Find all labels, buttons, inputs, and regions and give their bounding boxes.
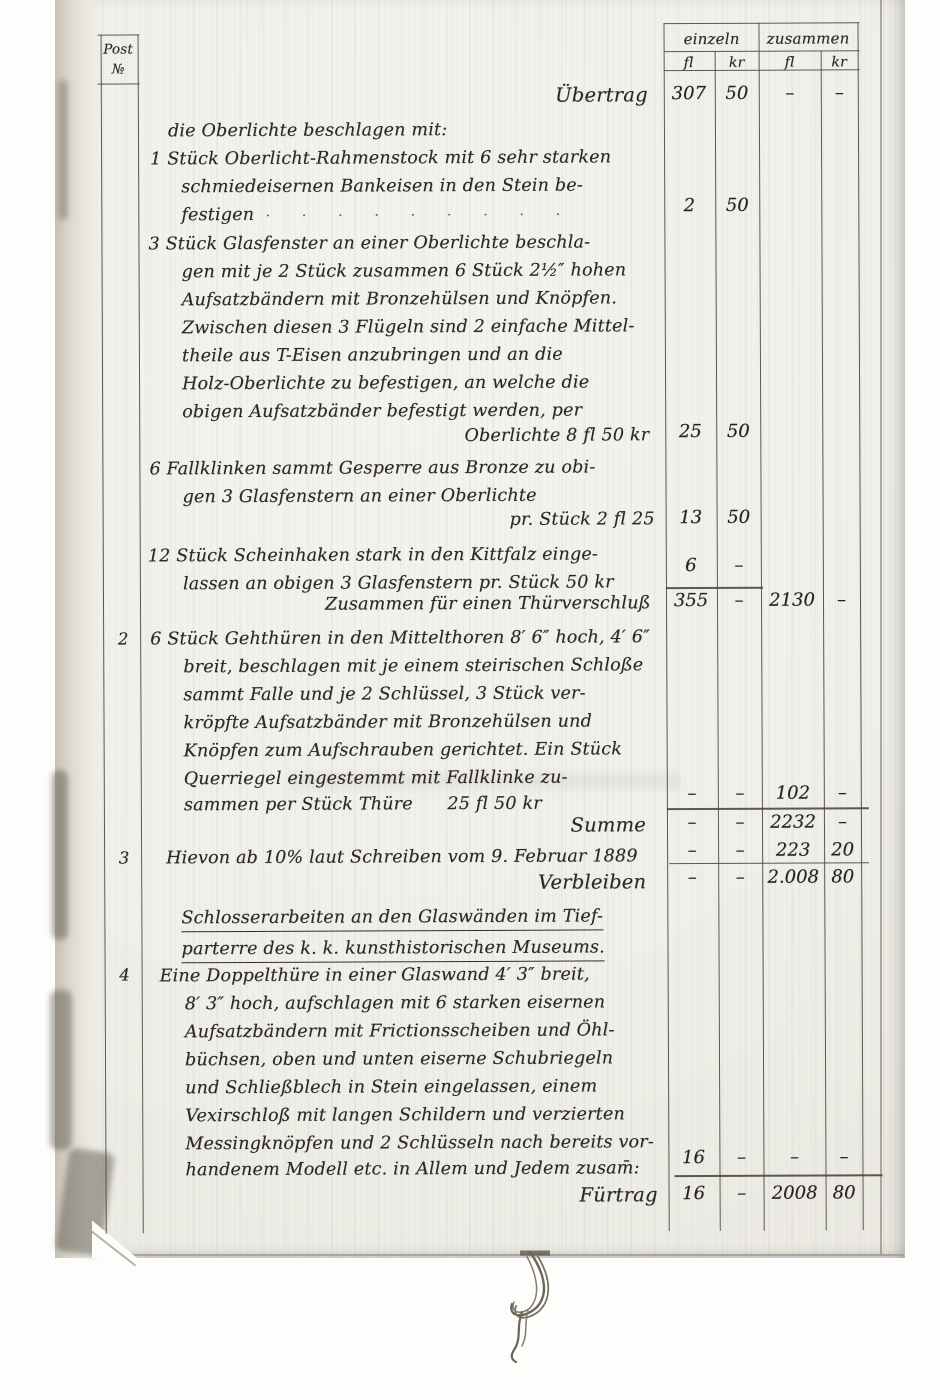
amount-einzeln-fl: – [667,783,717,804]
amount-einzeln-fl: 16 [669,1183,719,1204]
amount-einzeln-fl: 355 [666,590,716,611]
column-group-einzeln: einzeln [664,27,760,51]
section-heading: parterre des k. k. kunsthistorischen Mus… [181,935,604,963]
amount-zusammen-fl: 2.008 [762,866,824,887]
handwritten-line: Eine Doppelthüre in einer Glaswand 4′ 3″… [160,962,590,988]
handwritten-line: breit, beschlagen mit je einem steirisch… [183,653,643,679]
sum-rule-fuertrag [675,1174,883,1177]
amount-zusammen-fl: – [763,1146,825,1167]
item-number: 4 [108,963,142,987]
amount-einzeln-kr: 50 [715,195,759,216]
page-content: Post № einzeln zusammen fl kr fl kr 2 3 … [0,0,940,1400]
table-rule-v4 [821,50,828,1230]
handwritten-line: Aufsatzbändern mit Bronzehülsen und Knöp… [182,286,617,312]
handwritten-line: büchsen, oben und unten eiserne Schubrie… [185,1046,613,1072]
post-box-rule-top [98,34,140,36]
handwritten-line: obigen Aufsatzbänder befestigt werden, p… [182,399,582,425]
handwritten-line: Holz-Oberlichte zu befestigen, an welche… [182,370,589,396]
handwritten-line: 6 Stück Gehthüren in den Mittelthoren 8′… [150,625,650,651]
handwritten-line: gen mit je 2 Stück zusammen 6 Stück 2½″ … [182,258,627,284]
amount-einzeln-kr: – [718,783,762,804]
amount-zusammen-kr: – [824,811,861,832]
amount-einzeln-kr: – [718,840,762,861]
amount-einzeln-kr: 50 [715,83,759,104]
handwritten-line: Aufsatzbändern mit Frictionsscheiben und… [185,1018,615,1044]
amount-row: – – 102 – [1,782,940,812]
handwritten-line: die Oberlichte beschlagen mit: [168,118,447,143]
scanned-document-page: Post № einzeln zusammen fl kr fl kr 2 3 … [0,0,940,1400]
amount-zusammen-fl: – [759,82,821,103]
item-number: 2 [106,627,140,651]
handwritten-line: Vexirschloß mit langen Schildern und ver… [185,1102,625,1128]
amount-zusammen-fl: 2130 [761,589,823,610]
handwritten-line: 6 Fallklinken sammt Gesperre aus Bronze … [149,455,595,481]
amount-einzeln-kr: – [719,1147,763,1168]
amount-einzeln-fl: – [667,867,717,888]
handwritten-line: 1 Stück Oberlicht-Rahmenstock mit 6 sehr… [150,145,611,171]
amount-row: 355 – 2130 – [0,589,940,619]
handwritten-line: Knöpfen zum Aufschrauben gerichtet. Ein … [184,737,622,763]
amount-row: – – 2.008 80 [1,866,940,896]
handwritten-line: und Schließblech in Stein eingelassen, e… [185,1074,597,1100]
amount-row: 2 50 [0,194,938,224]
amount-zusammen-kr: – [825,1146,862,1167]
amount-zusammen-fl: 102 [762,782,824,803]
section-heading: Schlosserarbeiten an den Glaswänden im T… [181,904,603,932]
table-rule-top [663,22,859,24]
column-einzeln-fl: fl [664,51,714,75]
amount-zusammen-kr: 80 [824,866,861,887]
amount-zusammen-kr: 80 [826,1182,863,1203]
amount-einzeln-fl: 25 [665,421,715,442]
handwritten-line: 8′ 3″ hoch, aufschlagen mit 6 starken ei… [185,990,606,1016]
amount-einzeln-kr: – [717,590,761,611]
post-number-sign: № [98,57,139,81]
handwritten-line: Zwischen diesen 3 Flügeln sind 2 einfach… [182,314,635,340]
table-rule-v2 [715,51,722,1231]
amount-row: – – 2232 – [1,811,940,841]
column-einzeln-kr: kr [715,51,759,75]
amount-zusammen-kr: – [824,782,861,803]
amount-zusammen-kr: 20 [824,839,861,860]
amount-zusammen-fl: 2008 [764,1182,826,1203]
amount-einzeln-fl: – [667,812,717,833]
amount-einzeln-fl: 2 [664,195,714,216]
amount-einzeln-fl: 6 [666,555,716,576]
amount-einzeln-fl: 16 [668,1147,718,1168]
amount-row: 16 – 2008 80 [3,1182,940,1212]
amount-einzeln-kr: – [718,867,762,888]
amount-einzeln-kr: – [720,1183,764,1204]
amount-row: 307 50 – – [0,82,938,112]
amount-einzeln-kr: 50 [717,507,761,528]
amount-row: 6 – [0,554,940,584]
amount-row: – – 223 20 [1,839,940,869]
amount-row: 13 50 [0,506,940,536]
amount-einzeln-kr: 50 [716,421,760,442]
column-zusammen-kr: kr [821,50,858,74]
handwritten-line: gen 3 Glasfenstern an einer Oberlichte [182,484,536,510]
column-group-zusammen: zusammen [759,26,858,50]
amount-row: 25 50 [0,420,939,450]
amount-zusammen-kr: – [821,82,858,103]
amount-einzeln-fl: 307 [664,83,714,104]
handwritten-line: theile aus T-Eisen anzubringen und an di… [182,343,563,369]
amount-zusammen-fl: 223 [762,839,824,860]
amount-zusammen-fl: 2232 [762,811,824,832]
handwritten-line: kröpfte Aufsatzbänder mit Bronzehülsen u… [183,709,592,735]
amount-einzeln-fl: 13 [666,507,716,528]
column-zusammen-fl: fl [759,50,821,74]
amount-row: 16 – – – [2,1146,940,1176]
amount-einzeln-fl: – [667,840,717,861]
amount-einzeln-kr: – [717,555,761,576]
amount-zusammen-kr: – [823,589,860,610]
handwritten-line: sammt Falle und je 2 Schlüssel, 3 Stück … [183,681,585,707]
handwritten-line: 3 Stück Glasfenster an einer Oberlichte … [148,230,590,256]
amount-einzeln-kr: – [718,812,762,833]
